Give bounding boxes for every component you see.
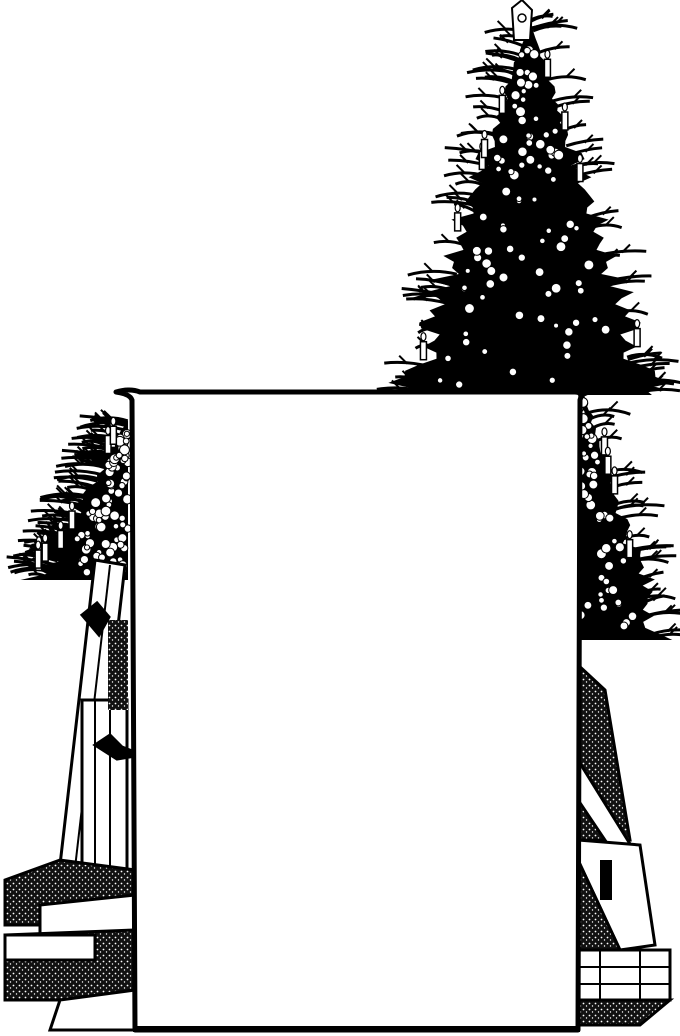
blank-scroll-frame	[116, 390, 581, 1032]
christmas-frame-illustration	[0, 0, 680, 1036]
books-right-icon	[578, 665, 670, 1025]
small-tree-icon	[7, 410, 132, 580]
books-left-icon	[5, 560, 142, 1030]
